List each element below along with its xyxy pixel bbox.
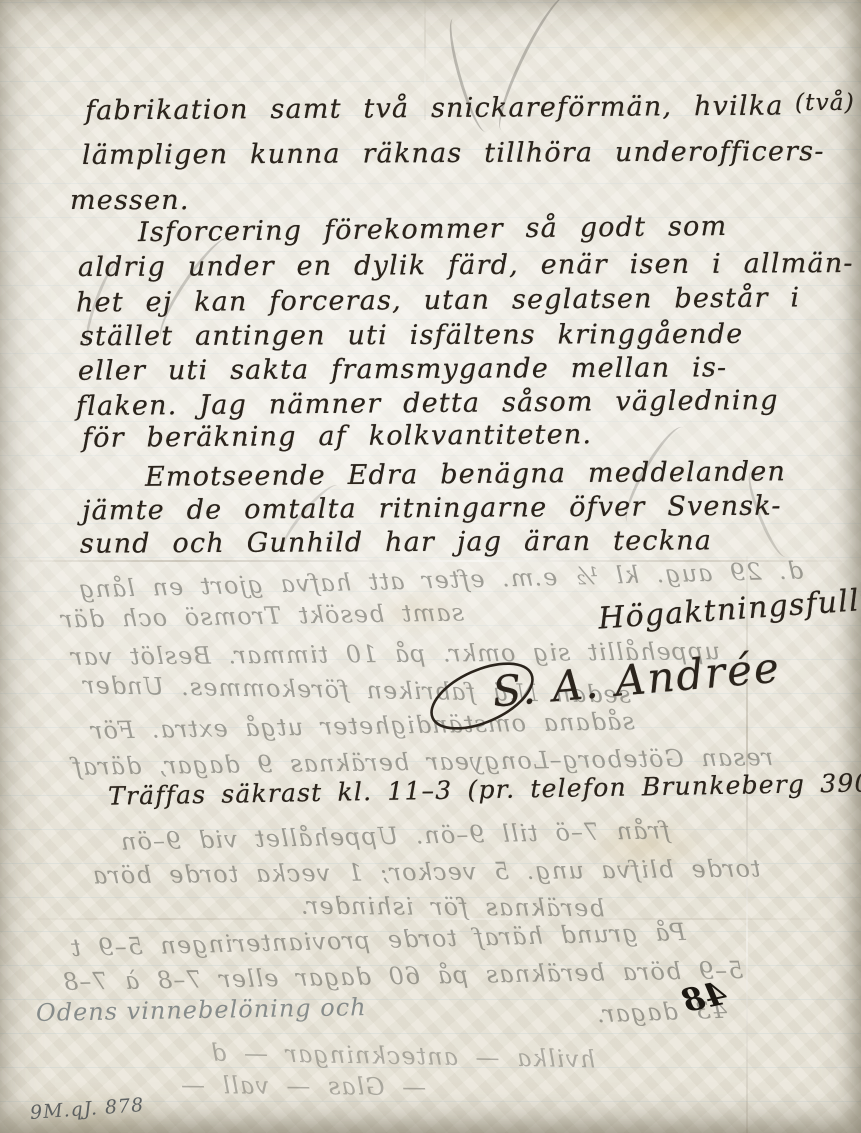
archive-number: 9M.qJ. 878 — [29, 1094, 144, 1124]
margin-note: (två) — [795, 90, 855, 116]
bleedthrough-line: samt besökt Tromsö och där — [60, 598, 464, 633]
letter-line: jämte de omtalta ritningarne öfver Svens… — [82, 491, 782, 527]
bleedthrough-line: från 7–ö till 9–ön. Uppehållet vid 9–ön — [120, 816, 670, 856]
letter-line: stället antingen uti isfältens kringgåen… — [80, 319, 744, 352]
letter-line: för beräkning af kolkvantiteten. — [82, 419, 592, 454]
letter-line: Emotseende Edra benägna meddelanden — [145, 456, 786, 493]
bleedthrough-line: hvilka — anteckningar — d — [210, 1039, 596, 1074]
bleedthrough-line: På grund häraf torde provianteringen 5–9… — [70, 918, 686, 962]
letter-line: flaken. Jag nämner detta såsom väglednin… — [76, 385, 779, 422]
bleedthrough-line: — Glas — vall — — [180, 1071, 426, 1101]
pencil-note: Odens vinnebelöning och — [36, 993, 367, 1027]
closing-salutation: Högaktningsfullt — [597, 582, 861, 636]
scanned-letter-page: d. 29 aug. kl ½ e.m. efter att hafva gjo… — [0, 0, 861, 1133]
letter-line: fabrikation samt två snickareförmän, hvi… — [85, 91, 784, 127]
letter-line: lämpligen kunna räknas tillhöra underoff… — [82, 136, 825, 171]
letter-line: sund och Gunhild har jag äran teckna — [80, 525, 712, 559]
letter-line: Isforcering förekommer så godt som — [138, 211, 728, 248]
bleedthrough-line: 5–9 böra beräknas på 60 dagar eller 7–8 … — [62, 956, 744, 996]
letter-line: messen. — [70, 185, 190, 216]
bleedthrough-line: torde blifva ung. 5 veckor; 1 vecka tord… — [92, 855, 761, 890]
letter-line: eller uti sakta framsmygande mellan is- — [78, 352, 727, 386]
bleedthrough-line: beräknas för ishinder. — [300, 892, 605, 923]
letter-line: het ej kan forceras, utan seglatsen best… — [76, 282, 800, 318]
bleedthrough-line: sådana omständigheter utgå extra. För — [90, 707, 635, 745]
letter-line: aldrig under en dylik färd, enär isen i … — [78, 248, 854, 283]
fold-crease-vertical — [746, 556, 748, 1133]
